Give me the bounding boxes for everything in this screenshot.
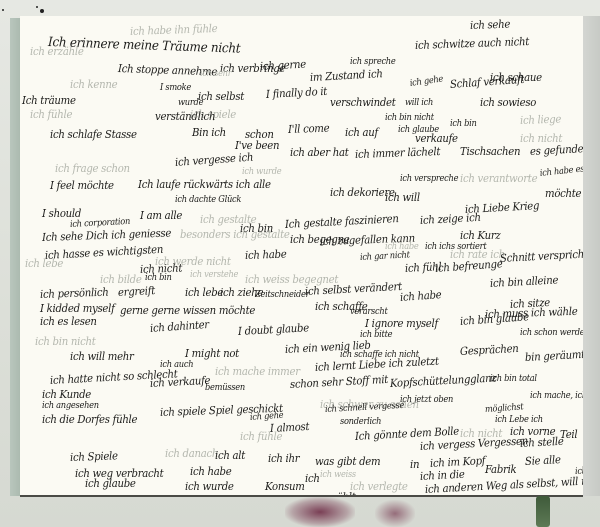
handwritten-phrase: ich dachte Glück xyxy=(175,196,241,205)
handwritten-phrase: Gesprächen xyxy=(460,343,519,357)
handwritten-phrase: ich selbst xyxy=(198,91,244,102)
handwritten-phrase: ich bin xyxy=(145,274,172,283)
handwritten-phrase: ich ihr xyxy=(268,453,299,464)
handwritten-phrase: ich will mehr xyxy=(70,351,134,362)
handwritten-phrase: ich mache immer xyxy=(215,366,300,377)
handwritten-phrase: sonderlich xyxy=(340,418,381,427)
handwritten-phrase: verkaufe xyxy=(415,133,458,144)
handwritten-phrase: ich alt xyxy=(215,450,245,461)
handwritten-phrase: will ich xyxy=(405,99,433,108)
handwritten-phrase: ich bin xyxy=(450,120,477,129)
handwritten-phrase: ich bilde xyxy=(100,274,142,285)
handwritten-phrase: ich habe ihn fühle xyxy=(130,23,218,37)
handwritten-phrase: ich sehr xyxy=(200,70,231,79)
handwritten-phrase: ich gar nicht xyxy=(360,251,410,263)
handwritten-phrase: ich schwitze auch nicht xyxy=(415,36,529,51)
handwritten-phrase: ich habe xyxy=(245,249,287,261)
handwritten-phrase: was gibt dem xyxy=(315,456,380,467)
wall-nail-mark xyxy=(2,9,4,11)
handwritten-phrase: Sie alle xyxy=(525,454,561,467)
handwritten-phrase: es gefunden xyxy=(530,143,583,157)
handwritten-phrase: ich in die xyxy=(420,469,465,482)
handwritten-phrase: ich frage schon xyxy=(55,163,130,174)
handwritten-phrase: ich verantworte xyxy=(460,173,537,184)
handwritten-phrase: möglichst xyxy=(485,403,524,415)
handwritten-phrase: I should xyxy=(42,208,81,219)
handwritten-phrase: Tischsachen xyxy=(460,146,520,157)
handwritten-phrase: ich erzähle xyxy=(30,46,84,57)
handwritten-phrase: ich bin total xyxy=(490,375,537,384)
handwritten-phrase: I smoke xyxy=(160,84,191,93)
handwritten-phrase: bin geräumt xyxy=(525,349,583,363)
handwritten-phrase: ich mache, ich bin xyxy=(530,392,583,401)
handwritten-phrase: Fabrik xyxy=(485,464,516,475)
handwritten-phrase: ich schlafe Stasse xyxy=(50,129,137,140)
handwritten-phrase: ich fühle xyxy=(240,431,282,442)
handwritten-phrase: I've been xyxy=(235,140,279,151)
handwritten-phrase: möchte xyxy=(545,188,581,199)
handwritten-phrase: ich die Dorfes fühle xyxy=(42,414,137,425)
handwritten-phrase: ich fühle xyxy=(30,109,72,120)
handwritten-phrase: I ignore myself xyxy=(365,318,438,329)
handwritten-phrase: Schlaf verkauft xyxy=(450,74,525,90)
handwritten-phrase: ich bitte xyxy=(360,331,392,340)
handwritten-phrase: Konsum xyxy=(265,481,305,492)
handwritten-phrase: ich verstehe xyxy=(190,271,238,280)
handwritten-phrase: besonders ich gestalte xyxy=(180,229,290,240)
handwritten-phrase: ich auf xyxy=(345,127,378,138)
handwritten-phrase: ich habe xyxy=(190,466,231,477)
handwritten-phrase: Zeitschneider xyxy=(255,291,309,300)
handwritten-phrase: ich Lebe ich xyxy=(495,416,543,425)
handwritten-phrase: bemüssen xyxy=(205,384,245,393)
handwritten-phrase: ich xyxy=(305,473,320,484)
handwritten-phrase: ich habe es xyxy=(540,165,583,179)
wall-nail-mark xyxy=(40,9,44,13)
handwritten-phrase: ich verkaufe xyxy=(150,375,211,389)
handwritten-phrase: ich glaube xyxy=(85,478,136,489)
handwritten-phrase: ich gerne xyxy=(260,59,306,72)
handwritten-phrase: ich Kurz xyxy=(460,230,500,241)
handwritten-phrase: Kopfschüttelungglanz xyxy=(390,372,497,389)
handwritten-phrase: ich vergesse ich xyxy=(175,152,254,168)
handwritten-phrase: ich es lesen xyxy=(40,316,97,327)
handwritten-phrase: ich habe xyxy=(400,289,442,303)
handwritten-phrase: I am alle xyxy=(140,210,182,221)
handwritten-phrase: I'll come xyxy=(288,123,330,135)
handwritten-phrase: ich verlegte xyxy=(350,481,408,492)
handwritten-phrase: I doubt glaube xyxy=(238,322,309,337)
handwritten-phrase: ich schon werde xyxy=(520,329,583,338)
handwritten-phrase: ich schnell vergesse xyxy=(325,402,405,415)
handwritten-phrase: verständlich xyxy=(155,111,215,122)
handwritten-phrase: ich selbst verändert xyxy=(305,281,402,297)
handwritten-phrase: ich Liebe Krieg xyxy=(465,200,540,215)
handwritten-phrase: im Zustand ich xyxy=(310,68,383,83)
handwritten-phrase: ich danach xyxy=(165,448,218,459)
handwritten-phrase: ich bin alleine xyxy=(490,274,559,289)
handwritten-phrase: ich spreche xyxy=(350,58,395,67)
handwritten-canvas: Ich erinnere meine Träume nichtich habe … xyxy=(20,16,583,496)
handwritten-phrase: ich bin nicht xyxy=(35,336,96,347)
handwritten-phrase: schon sehr Stoff mit xyxy=(290,374,389,390)
handwritten-phrase: ich im Kopf xyxy=(430,455,486,469)
handwritten-phrase: ich rate ich xyxy=(450,249,505,260)
handwritten-phrase: ich immer lächelt xyxy=(355,146,441,160)
paint-smudge xyxy=(536,496,550,527)
handwritten-phrase: ich Kunde xyxy=(42,389,91,400)
handwritten-phrase: Ich sehe Dich ich geniesse xyxy=(42,227,171,242)
handwritten-phrase: ich nicht xyxy=(520,133,562,144)
handwritten-phrase: ich dahinter xyxy=(150,319,210,334)
handwritten-phrase: I finally do it xyxy=(266,86,328,100)
handwritten-phrase: ich persönlich xyxy=(40,287,109,300)
handwritten-phrase: ich wurde xyxy=(185,481,234,492)
handwritten-phrase: gerne gerne wissen möchte xyxy=(120,305,255,316)
handwritten-phrase: ich will xyxy=(385,192,420,203)
handwritten-phrase: Ich laufe rückwärts ich alle xyxy=(138,179,271,190)
handwritten-phrase: ich kenne xyxy=(70,79,117,90)
handwritten-phrase: Ich gestalte faszinieren xyxy=(285,213,399,230)
handwritten-phrase: ich aber hat xyxy=(290,147,349,158)
paint-smudge xyxy=(375,500,415,527)
handwritten-phrase: Bin ich xyxy=(192,127,226,138)
handwritten-phrase: ich Spiele xyxy=(70,450,118,463)
canvas-right-edge xyxy=(582,16,600,496)
handwritten-phrase: ergreift xyxy=(118,285,155,298)
handwritten-phrase: ich verspreche xyxy=(400,175,458,184)
handwritten-phrase: I feel möchte xyxy=(50,180,114,191)
handwritten-phrase: in xyxy=(410,459,419,470)
handwritten-phrase: ich bin glaube xyxy=(460,311,530,327)
handwritten-phrase: ich sowieso xyxy=(480,97,536,108)
handwritten-phrase: verarscht xyxy=(350,308,388,317)
handwritten-phrase: ich angesehen xyxy=(42,402,99,411)
handwritten-phrase: ich gehe xyxy=(409,75,443,89)
handwritten-phrase: ich lebe xyxy=(185,287,223,298)
handwritten-phrase: ich wurde xyxy=(242,168,281,177)
handwritten-phrase: Schnitt verspricht xyxy=(500,248,583,264)
wall-nail-mark xyxy=(36,6,38,8)
paint-smudge xyxy=(285,497,355,527)
handwritten-phrase: ich sehe xyxy=(470,19,510,31)
handwritten-phrase: verschwindet xyxy=(330,97,396,108)
handwritten-phrase: Ich träume xyxy=(22,95,76,106)
handwritten-phrase: ich bin nicht xyxy=(385,114,434,123)
handwritten-phrase: I might not xyxy=(185,348,239,359)
handwritten-phrase: ich liege xyxy=(520,114,561,126)
handwritten-phrase: ich lernt Liebe ich zuletzt xyxy=(315,356,439,373)
handwritten-phrase: wurde xyxy=(178,99,203,108)
handwritten-phrase: ich lebe xyxy=(25,258,63,269)
handwritten-phrase: ich weiss xyxy=(320,471,356,480)
handwritten-phrase: I kidded myself xyxy=(40,303,115,314)
